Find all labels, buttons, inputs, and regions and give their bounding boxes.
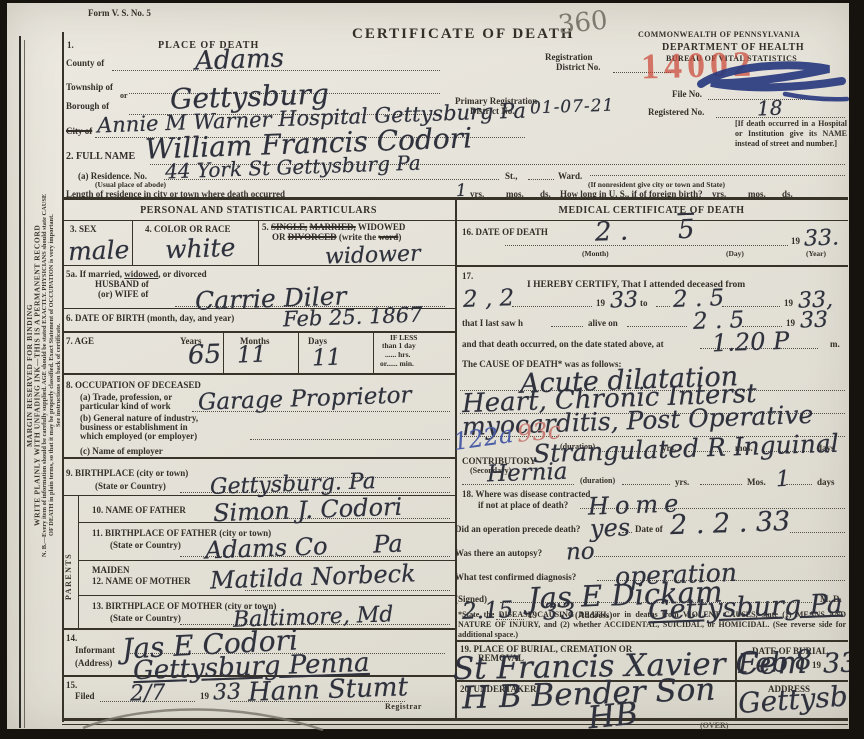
occupation-b-line	[250, 438, 450, 440]
spouse-pre: 5a. If married,	[66, 269, 124, 279]
month-header: (Month)	[582, 250, 609, 258]
medical-title: MEDICAL CERTIFICATE OF DEATH	[455, 205, 848, 216]
scan-edge-right	[849, 0, 864, 739]
color-race-value: white	[165, 233, 236, 264]
parents-vertical-label: PARENTS	[64, 525, 73, 600]
commonwealth-line: COMMONWEALTH OF PENNSYLVANIA	[638, 31, 800, 40]
hospital-note: [If death occurred in a Hospital or Inst…	[735, 119, 847, 149]
pencil-number: 360	[557, 5, 610, 40]
secondary-line2	[622, 483, 670, 485]
st-line	[528, 178, 554, 180]
cell-divider	[298, 331, 299, 373]
ds-label: ds.	[782, 189, 793, 199]
sex-value: male	[68, 235, 130, 266]
st-label: St.,	[505, 171, 518, 181]
age-months-value: 11	[237, 341, 267, 368]
wife-of-label: (or) WIFE of	[98, 289, 148, 299]
autopsy-question: Was there an autopsy?	[455, 548, 542, 558]
registered-no-label: Registered No.	[648, 107, 704, 117]
attended-line1	[512, 305, 592, 307]
mos-label2: Mos.	[747, 477, 766, 487]
spouse-post: , or divorced	[158, 269, 206, 279]
m-label: m.	[830, 339, 840, 349]
date-of-death-label: 16. DATE OF DEATH	[462, 227, 548, 237]
year-19: 19	[784, 298, 793, 308]
operation-question: Did an operation precede death?	[455, 524, 580, 534]
year-19: 19	[812, 660, 821, 670]
foreign-birth-label: How long in U. S., if of foreign birth?	[560, 189, 703, 199]
husband-of-label: HUSBAND of	[95, 279, 149, 289]
marital-value: widower	[325, 241, 421, 269]
informant-label: Informant	[75, 645, 115, 655]
operation-line2	[790, 531, 845, 533]
signed-date-value: 2.15	[462, 597, 514, 625]
ward-line	[590, 174, 845, 176]
date-of-death-line	[505, 244, 788, 246]
last-saw-line2	[627, 325, 687, 327]
section17-number: 17.	[462, 271, 473, 281]
marital-single: SINGLE,	[271, 222, 307, 232]
occupation-label: 8. OCCUPATION OF DECEASED	[66, 380, 201, 390]
scan-edge-left	[0, 0, 7, 739]
death-occurred-label: and that death occurred, on the date sta…	[462, 339, 664, 349]
days-label2: days	[817, 477, 835, 487]
marital-no: 5.	[262, 222, 269, 232]
yrs-label2: yrs.	[675, 477, 689, 487]
rule	[455, 265, 848, 267]
to-label: to	[640, 298, 648, 308]
marital-write: (write the	[339, 232, 376, 242]
attended-line2	[656, 305, 670, 307]
margin-line: OF DEATH in plain terms, so that it may …	[48, 28, 55, 722]
yrs-label: yrs.	[470, 189, 484, 199]
death-certificate-scan: MARGIN RESERVED FOR BINDING WRITE PLAINL…	[0, 0, 864, 739]
dob-value: Feb 25. 1867	[283, 303, 423, 332]
length-residence-value: 1	[456, 181, 468, 201]
cell-divider	[132, 220, 133, 265]
registrar-label: Registrar	[385, 703, 422, 712]
marital-word: word	[378, 232, 398, 242]
death-year-value: 33.	[804, 225, 840, 251]
cell-divider	[223, 331, 224, 373]
mos-label: mos.	[748, 189, 766, 199]
operation-answer: yes	[590, 513, 631, 542]
birthplace-label: 9. BIRTHPLACE (city or town)	[66, 468, 188, 478]
scan-edge-top	[0, 0, 864, 3]
occupation-a2: particular kind of work	[80, 401, 171, 411]
marital-married: MARRIED,	[310, 222, 356, 232]
ds-label: ds.	[540, 189, 551, 199]
age-years-value: 65	[187, 339, 221, 370]
year-19: 19	[596, 298, 605, 308]
margin-line: See instructions on back of certificate.	[55, 28, 62, 722]
burial-day-value: 8	[794, 645, 812, 677]
rule	[62, 373, 455, 375]
yrs-label: yrs.	[712, 189, 726, 199]
last-saw-line1	[551, 325, 583, 327]
red-code-value: 93c	[516, 416, 562, 448]
father-label: 10. NAME OF FATHER	[92, 505, 186, 515]
margin-line: WRITE PLAINLY WITH UNFADING INK—THIS IS …	[34, 28, 42, 722]
district-no-label: District No.	[556, 62, 601, 72]
last-seen-year: 33	[800, 308, 829, 334]
informant-no: 14.	[66, 633, 77, 643]
maiden-label: MAIDEN	[92, 565, 130, 575]
autopsy-answer: no	[566, 539, 596, 566]
cell-divider	[373, 331, 374, 373]
pencil-stray-mark	[78, 696, 328, 736]
year-19: 19	[791, 236, 800, 246]
cell-divider	[258, 220, 259, 265]
margin-line: N. B.—Every item of information should b…	[41, 28, 48, 722]
parents-divider	[78, 495, 79, 628]
death-time-value: 1.20 P	[712, 327, 790, 358]
death-day-value: 5	[677, 215, 695, 246]
county-value: Adams	[195, 43, 285, 76]
death-month-value: 2 .	[594, 216, 628, 247]
ink-scribble	[693, 56, 851, 106]
filed-no: 15.	[66, 680, 77, 690]
mother-label: 12. NAME OF MOTHER	[92, 576, 191, 586]
alive-on-label: alive on	[588, 318, 618, 328]
informant-address-label: (Address)	[75, 658, 112, 668]
personal-title: PERSONAL AND STATISTICAL PARTICULARS	[62, 205, 455, 216]
length-residence-label: Length of residence in city or town wher…	[66, 189, 285, 199]
over-label: (OVER)	[700, 722, 728, 731]
rule	[78, 595, 455, 596]
if-less-line4: or...... min.	[380, 360, 414, 368]
duration-label2: (duration)	[580, 477, 615, 486]
contracted-label-line1: 18. Where was disease contracted	[462, 489, 590, 499]
mother-birthplace-state: (State or Country)	[110, 613, 181, 623]
rule	[455, 640, 848, 642]
age-label: 7. AGE	[66, 336, 94, 346]
marital-label-line1: 5. SINGLE, MARRIED, WIDOWED	[262, 222, 405, 232]
marital-or: OR	[272, 232, 286, 242]
ward-label: Ward.	[558, 171, 582, 181]
day-header: (Day)	[726, 250, 744, 258]
township-label: Township of	[66, 82, 113, 92]
marital-label-line2: OR DIVORCED (write the word)	[272, 232, 401, 242]
signed-year-value: 33	[543, 598, 579, 625]
birthplace-state-label: (State or Country)	[95, 481, 166, 491]
blue-code-value: 122a	[451, 420, 514, 456]
primary-district-value: 01-07-21	[530, 96, 615, 119]
contributory-months-value: 1	[776, 467, 791, 492]
mos-label: mos.	[506, 189, 524, 199]
section1-number: 1.	[67, 40, 74, 50]
burial-month-value: Feb	[737, 647, 789, 680]
rule	[455, 220, 848, 221]
or-label: or	[120, 92, 128, 101]
occupation-c: (c) Name of employer	[80, 446, 163, 456]
form-number: Form V. S. No. 5	[88, 8, 151, 18]
borough-label: Borough of	[66, 101, 109, 111]
attended-from-value: 2 , 2	[463, 285, 515, 313]
marital-widowed: WIDOWED	[358, 222, 406, 232]
registration-label: Registration	[545, 52, 593, 62]
spouse-widowed: widowed	[124, 269, 158, 279]
contracted-label-line2: if not at place of death?	[478, 500, 568, 510]
autopsy-line	[594, 555, 845, 557]
full-name-label: 2. FULL NAME	[66, 151, 135, 162]
attended-from-year: 33	[610, 288, 639, 314]
county-label: County of	[66, 58, 104, 68]
marital-close: )	[398, 232, 401, 242]
operation-date-value: 2 . 2 . 33	[669, 506, 790, 541]
city-of-label: City of	[66, 126, 92, 136]
contributory-value-line2: Hernia	[487, 459, 568, 488]
page-title: CERTIFICATE OF DEATH	[352, 26, 575, 43]
spouse-label-line1: 5a. If married, widowed, or divorced	[66, 269, 207, 279]
date-of-label: Date of	[635, 524, 663, 534]
marital-divorced: DIVORCED	[288, 232, 337, 242]
left-margin-instructions: MARGIN RESERVED FOR BINDING WRITE PLAINL…	[26, 28, 62, 722]
secondary-line3	[700, 483, 742, 485]
father-birthplace-state: (State or Country)	[110, 540, 181, 550]
rule	[62, 457, 455, 459]
binding-rule-outer	[19, 36, 21, 728]
form-left-border	[62, 32, 64, 722]
sex-label: 3. SEX	[70, 224, 97, 234]
last-saw-label: that I last saw h	[462, 318, 523, 328]
age-days-value: 11	[312, 344, 342, 371]
occupation-b3: which employed (or employer)	[80, 431, 197, 441]
